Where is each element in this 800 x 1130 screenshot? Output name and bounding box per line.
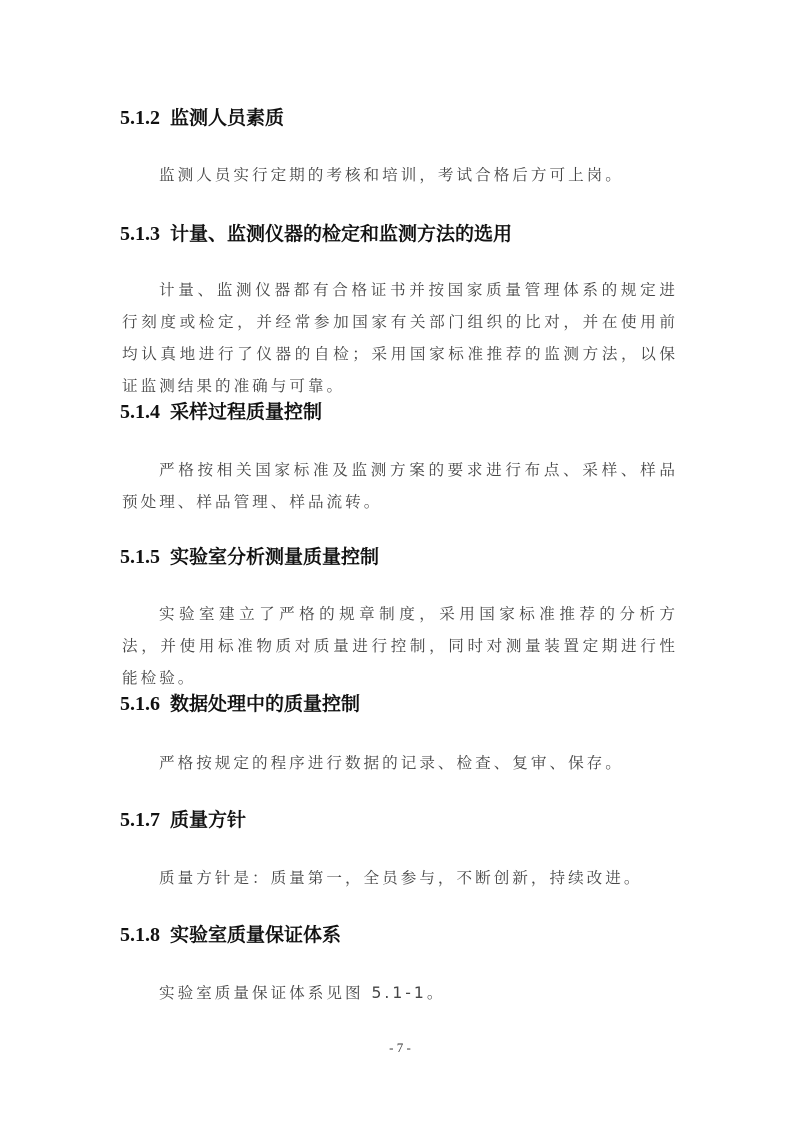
section-title: 数据处理中的质量控制 [170,693,360,715]
page-number: - 7 - [0,1040,800,1056]
section-heading-5-1-4: 5.1.4采样过程质量控制 [120,400,322,424]
section-number: 5.1.4 [120,401,160,423]
section-number: 5.1.3 [120,223,160,245]
section-body-5-1-7: 质量方针是：质量第一，全员参与，不断创新，持续改进。 [122,862,678,894]
section-heading-5-1-5: 5.1.5实验室分析测量质量控制 [120,545,379,569]
section-heading-5-1-6: 5.1.6数据处理中的质量控制 [120,692,360,716]
section-body-5-1-2: 监测人员实行定期的考核和培训，考试合格后方可上岗。 [122,159,678,191]
document-page: 5.1.2监测人员素质 监测人员实行定期的考核和培训，考试合格后方可上岗。 5.… [0,0,800,1130]
section-title: 实验室质量保证体系 [170,924,341,946]
section-title: 质量方针 [170,809,246,831]
section-number: 5.1.2 [120,107,160,129]
section-number: 5.1.7 [120,809,160,831]
section-heading-5-1-3: 5.1.3计量、监测仪器的检定和监测方法的选用 [120,222,512,246]
section-title: 实验室分析测量质量控制 [170,546,379,568]
section-body-5-1-4: 严格按相关国家标准及监测方案的要求进行布点、采样、样品预处理、样品管理、样品流转… [122,454,678,518]
section-title: 监测人员素质 [170,107,284,129]
section-heading-5-1-7: 5.1.7质量方针 [120,808,246,832]
section-body-5-1-6: 严格按规定的程序进行数据的记录、检查、复审、保存。 [122,747,678,779]
section-title: 计量、监测仪器的检定和监测方法的选用 [170,223,512,245]
section-heading-5-1-2: 5.1.2监测人员素质 [120,106,284,130]
section-title: 采样过程质量控制 [170,401,322,423]
section-number: 5.1.8 [120,924,160,946]
section-number: 5.1.5 [120,546,160,568]
section-body-5-1-3: 计量、监测仪器都有合格证书并按国家质量管理体系的规定进行刻度或检定，并经常参加国… [122,274,678,402]
section-number: 5.1.6 [120,693,160,715]
section-heading-5-1-8: 5.1.8实验室质量保证体系 [120,923,341,947]
section-body-5-1-5: 实验室建立了严格的规章制度，采用国家标准推荐的分析方法，并使用标准物质对质量进行… [122,598,678,694]
section-body-5-1-8: 实验室质量保证体系见图 5.1-1。 [122,977,678,1009]
